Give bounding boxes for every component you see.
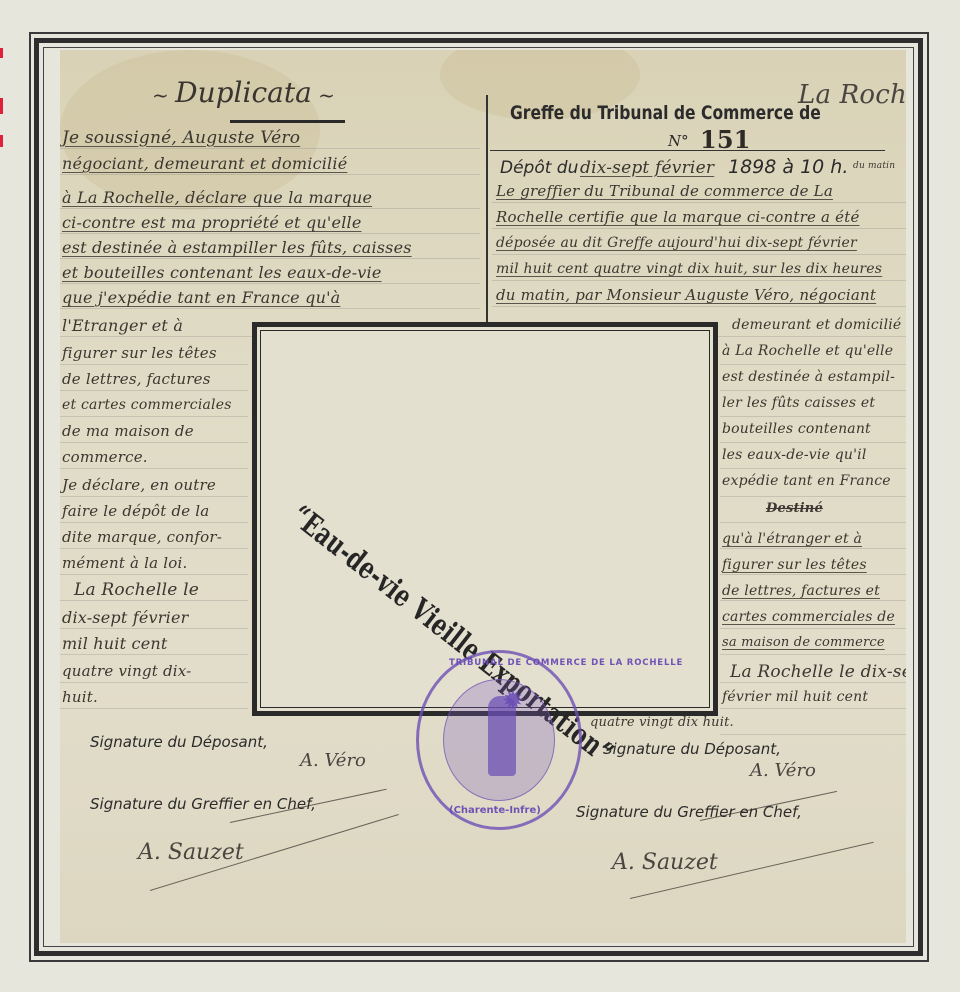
- ruled-line: [60, 654, 248, 655]
- declaration-line: mil huit cent: [62, 636, 168, 652]
- declaration-line: et cartes commerciales: [62, 398, 232, 412]
- certificate-line: qu'à l'étranger et à: [722, 532, 862, 546]
- ruled-line: [60, 682, 248, 683]
- certificate-line: mil huit cent quatre vingt dix huit, sur…: [496, 262, 882, 276]
- declaration-line: mément à la loi.: [62, 556, 187, 571]
- seal-subtext: (Charente-Infre): [449, 805, 541, 816]
- ruled-line: [60, 442, 248, 443]
- ruled-line: [492, 280, 906, 281]
- left-clerk-label: Signature du Greffier en Chef,: [90, 795, 316, 813]
- certificate-line: demeurant et domicilié: [732, 318, 901, 332]
- deposit-note: du matin: [853, 162, 895, 171]
- declaration-line: négociant, demeurant et domicilié: [62, 156, 347, 172]
- number-rule: [490, 150, 885, 151]
- document-title: ~ Duplicata ~: [152, 76, 335, 109]
- declaration-line: quatre vingt dix-: [62, 664, 191, 679]
- right-clerk-label: Signature du Greffier en Chef,: [576, 803, 802, 821]
- margin-mark: [0, 48, 3, 58]
- declaration-line: huit.: [62, 690, 98, 705]
- certificate-line: est destinée à estampil-: [722, 370, 895, 384]
- right-clerk-signature: A. Sauzet: [612, 850, 718, 875]
- ruled-line: [720, 682, 906, 683]
- certificate-line: du matin, par Monsieur Auguste Véro, nég…: [496, 288, 876, 303]
- ruled-line: [720, 390, 906, 391]
- declaration-line: La Rochelle le: [74, 582, 199, 599]
- ruled-line: [60, 600, 248, 601]
- court-seal: TRIBUNAL DE COMMERCE DE LA ROCHELLE ✹ (C…: [416, 650, 582, 830]
- ruled-line: [720, 442, 906, 443]
- ruled-line: [492, 254, 906, 255]
- title-underline: [230, 120, 345, 123]
- declaration-line: et bouteilles contenant les eaux-de-vie: [62, 265, 382, 281]
- ruled-line: [60, 416, 248, 417]
- declaration-line: faire le dépôt de la: [62, 504, 209, 519]
- margin-mark: [0, 98, 3, 114]
- court-place: La Rochelle: [798, 82, 906, 108]
- certificate-line: sa maison de commerce: [722, 636, 885, 649]
- ruled-line: [60, 522, 248, 523]
- ruled-line: [60, 283, 480, 284]
- ruled-line: [60, 258, 480, 259]
- certificate-line: bouteilles contenant: [722, 422, 871, 436]
- ruled-line: [720, 628, 906, 629]
- seal-emblem: ✹: [443, 679, 555, 801]
- certificate-line: quatre vingt dix huit.: [590, 716, 734, 729]
- certificate-line: de lettres, factures et: [722, 584, 880, 598]
- ruled-line: [720, 416, 906, 417]
- certificate-line: figurer sur les têtes: [722, 558, 867, 572]
- ruled-line: [60, 574, 248, 575]
- document-paper: ~ Duplicata ~ Greffe du Tribunal de Comm…: [60, 50, 906, 943]
- ruled-line: [720, 600, 906, 601]
- certificate-line: expédie tant en France: [722, 474, 891, 488]
- certificate-line: à La Rochelle et qu'elle: [722, 344, 893, 358]
- column-divider: [486, 95, 488, 340]
- deposit-date: dix-sept février: [580, 160, 714, 177]
- ruled-line: [60, 548, 248, 549]
- ruled-line: [60, 233, 480, 234]
- ruled-line: [60, 468, 248, 469]
- declaration-line: l'Etranger et à: [62, 318, 183, 334]
- ruled-line: [60, 174, 480, 175]
- certificate-line: février mil huit cent: [722, 690, 868, 704]
- deposit-year-time: 1898 à 10 h.: [728, 158, 848, 177]
- certificate-line: déposée au dit Greffe aujourd'hui dix-se…: [496, 236, 857, 250]
- ruled-line: [60, 496, 248, 497]
- declaration-line: Je déclare, en outre: [62, 478, 216, 493]
- right-depositor-label: Signature du Déposant,: [603, 740, 781, 758]
- declaration-line: que j'expédie tant en France qu'à: [62, 290, 340, 306]
- ruled-line: [720, 468, 906, 469]
- ruled-line: [60, 148, 480, 149]
- left-depositor-label: Signature du Déposant,: [90, 733, 268, 751]
- certificate-line: cartes commerciales de: [722, 610, 895, 624]
- number-label: N°: [668, 134, 689, 149]
- ruled-line: [720, 548, 906, 549]
- certificate-line: ler les fûts caisses et: [722, 396, 875, 410]
- ruled-line: [60, 390, 248, 391]
- declaration-line: de lettres, factures: [62, 372, 211, 387]
- statue-icon: [488, 696, 516, 776]
- declaration-line: est destinée à estampiller les fûts, cai…: [62, 240, 412, 256]
- declaration-line: dite marque, confor-: [62, 530, 222, 545]
- seal-text: TRIBUNAL DE COMMERCE DE LA ROCHELLE: [449, 657, 683, 667]
- filing-number: 151: [700, 128, 751, 152]
- declaration-line: dix-sept février: [62, 610, 188, 626]
- ruled-line: [720, 364, 906, 365]
- ruled-line: [720, 654, 906, 655]
- ruled-line: [60, 364, 248, 365]
- certificate-line: les eaux-de-vie qu'il: [722, 448, 867, 462]
- certificate-line: Rochelle certifie que la marque ci-contr…: [496, 210, 860, 225]
- declaration-line: à La Rochelle, déclare que la marque: [62, 190, 372, 206]
- ruled-line: [720, 708, 906, 709]
- declaration-line: ci-contre est ma propriété et qu'elle: [62, 215, 362, 231]
- title-text: Duplicata: [175, 76, 312, 109]
- left-depositor-signature: A. Véro: [300, 750, 366, 771]
- ruled-line: [60, 708, 248, 709]
- margin-mark: [0, 135, 3, 147]
- certificate-line: Le greffier du Tribunal de commerce de L…: [496, 184, 833, 199]
- court-header: Greffe du Tribunal de Commerce de: [510, 104, 821, 123]
- declaration-line: figurer sur les têtes: [62, 346, 217, 361]
- deposit-label: Dépôt du: [500, 160, 578, 177]
- declaration-line: Je soussigné, Auguste Véro: [62, 130, 300, 147]
- ruled-line: [492, 228, 906, 229]
- declaration-line: de ma maison de: [62, 424, 194, 439]
- right-depositor-signature: A. Véro: [750, 760, 816, 781]
- ruled-line: [492, 306, 906, 307]
- ruled-line: [492, 202, 906, 203]
- certificate-line: La Rochelle le dix-sept: [730, 664, 906, 681]
- left-clerk-signature: A. Sauzet: [138, 840, 244, 865]
- ruled-line: [720, 522, 906, 523]
- ruled-line: [60, 628, 248, 629]
- struck-word: Destiné: [766, 502, 823, 515]
- ruled-line: [720, 734, 906, 735]
- ruled-line: [60, 308, 480, 309]
- declaration-line: commerce.: [62, 450, 148, 465]
- ruled-line: [720, 574, 906, 575]
- ruled-line: [720, 496, 906, 497]
- ruled-line: [60, 208, 480, 209]
